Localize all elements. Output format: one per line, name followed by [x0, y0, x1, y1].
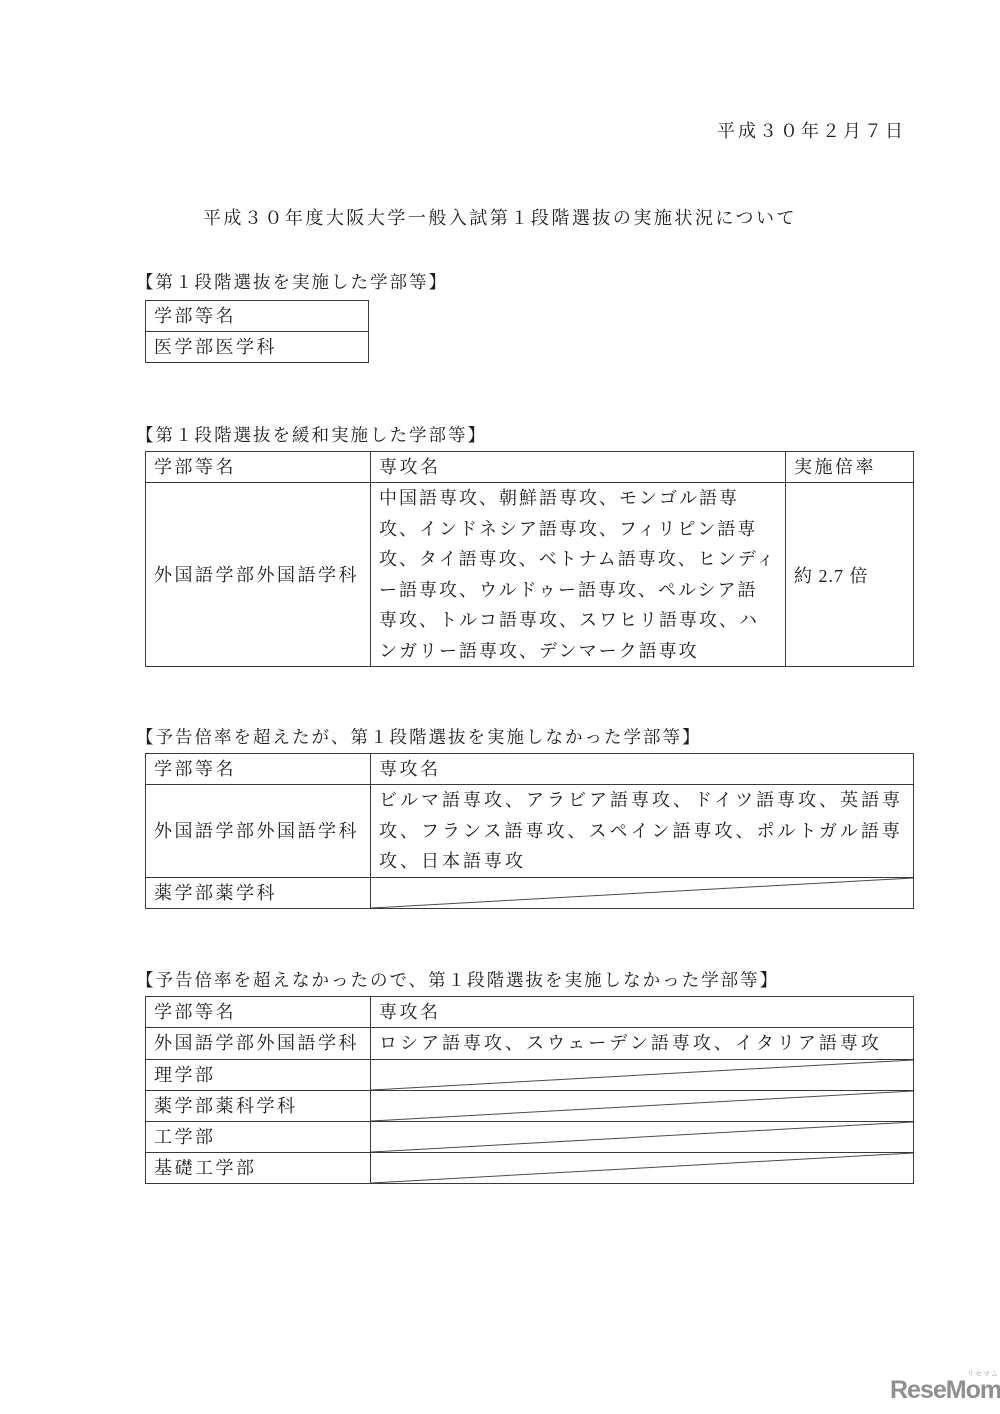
table-row: 外国語学部外国語学科 ロシア語専攻、スウェーデン語専攻、イタリア語専攻: [146, 1028, 914, 1060]
table-row: 医学部医学科: [146, 332, 369, 363]
majors-cell: ロシア語専攻、スウェーデン語専攻、イタリア語専攻: [371, 1028, 914, 1060]
table-row: 工学部: [146, 1121, 914, 1152]
table-header-row: 学部等名 専攻名: [146, 997, 914, 1028]
empty-cell-diagonal: [371, 1152, 914, 1183]
major-header-cell: 専攻名: [371, 754, 914, 785]
table-exceeded-not-implemented: 学部等名 専攻名 外国語学部外国語学科 ビルマ語専攻、アラビア語専攻、ドイツ語専…: [145, 753, 914, 909]
empty-cell-diagonal: [371, 1090, 914, 1121]
faculty-label: 外国語学部外国語学科: [154, 560, 362, 590]
table-header-row: 学部等名 専攻名 実施倍率: [146, 452, 914, 483]
diagonal-line: [371, 1091, 913, 1121]
table-row: 理学部: [146, 1059, 914, 1090]
section-4-heading: 【予告倍率を超えなかったので、第１段階選抜を実施しなかった学部等】: [136, 967, 779, 992]
faculty-label: 外国語学部外国語学科: [154, 816, 362, 846]
faculty-cell: 医学部医学科: [146, 332, 369, 363]
faculty-cell: 工学部: [146, 1121, 371, 1152]
faculty-cell: 薬学部薬科学科: [146, 1090, 371, 1121]
table-row: 薬学部薬科学科: [146, 1090, 914, 1121]
section-2-heading: 【第１段階選抜を緩和実施した学部等】: [136, 422, 487, 447]
table-row: 薬学部薬学科: [146, 878, 914, 909]
empty-cell-diagonal: [371, 1121, 914, 1152]
faculty-cell: 基礎工学部: [146, 1152, 371, 1183]
faculty-header-cell: 学部等名: [146, 754, 371, 785]
resemom-logo: リセマム ReseMom.: [890, 1376, 1000, 1405]
faculty-header-cell: 学部等名: [146, 301, 369, 332]
major-header-cell: 専攻名: [371, 452, 786, 483]
ratio-header-cell: 実施倍率: [786, 452, 914, 483]
table-header-row: 学部等名: [146, 301, 369, 332]
table-row: 外国語学部外国語学科 中国語専攻、朝鮮語専攻、モンゴル語専攻、インドネシア語専攻…: [146, 483, 914, 667]
faculty-cell: 外国語学部外国語学科: [146, 785, 371, 878]
table-row: 基礎工学部: [146, 1152, 914, 1183]
empty-cell-diagonal: [371, 878, 914, 909]
majors-cell: ビルマ語専攻、アラビア語専攻、ドイツ語専攻、英語専攻、フランス語専攻、スペイン語…: [371, 785, 914, 878]
section-3-heading: 【予告倍率を超えたが、第１段階選抜を実施しなかった学部等】: [136, 724, 702, 749]
document-page: 平成３０年２月７日 平成３０年度大阪大学一般入試第１段階選抜の実施状況について …: [0, 0, 1000, 1414]
section-1-heading: 【第１段階選抜を実施した学部等】: [136, 269, 448, 294]
faculty-cell: 薬学部薬学科: [146, 878, 371, 909]
faculty-cell: 外国語学部外国語学科: [146, 483, 371, 667]
faculty-cell: 外国語学部外国語学科: [146, 1028, 371, 1060]
table-header-row: 学部等名 専攻名: [146, 754, 914, 785]
faculty-cell: 理学部: [146, 1059, 371, 1090]
document-title: 平成３０年度大阪大学一般入試第１段階選抜の実施状況について: [0, 204, 1000, 230]
faculty-header-cell: 学部等名: [146, 452, 371, 483]
table-not-exceeded-not-implemented: 学部等名 専攻名 外国語学部外国語学科 ロシア語専攻、スウェーデン語専攻、イタリ…: [145, 996, 914, 1184]
document-date: 平成３０年２月７日: [717, 117, 906, 143]
table-row: 外国語学部外国語学科 ビルマ語専攻、アラビア語専攻、ドイツ語専攻、英語専攻、フラ…: [146, 785, 914, 878]
empty-cell-diagonal: [371, 1059, 914, 1090]
resemom-logo-ruby: リセマム: [967, 1369, 999, 1379]
faculty-header-cell: 学部等名: [146, 997, 371, 1028]
table-relaxed-implementation: 学部等名 専攻名 実施倍率 外国語学部外国語学科 中国語専攻、朝鮮語専攻、モンゴ…: [145, 451, 914, 667]
diagonal-line: [371, 1122, 913, 1152]
ratio-cell: 約 2.7 倍: [786, 483, 914, 667]
table-implemented-faculties: 学部等名 医学部医学科: [145, 300, 369, 363]
major-header-cell: 専攻名: [371, 997, 914, 1028]
majors-cell: 中国語専攻、朝鮮語専攻、モンゴル語専攻、インドネシア語専攻、フィリピン語専攻、タ…: [371, 483, 786, 667]
diagonal-line: [371, 1060, 913, 1090]
diagonal-line: [371, 1153, 913, 1183]
resemom-logo-text: ReseMom.: [890, 1376, 1000, 1404]
diagonal-line: [371, 878, 913, 908]
